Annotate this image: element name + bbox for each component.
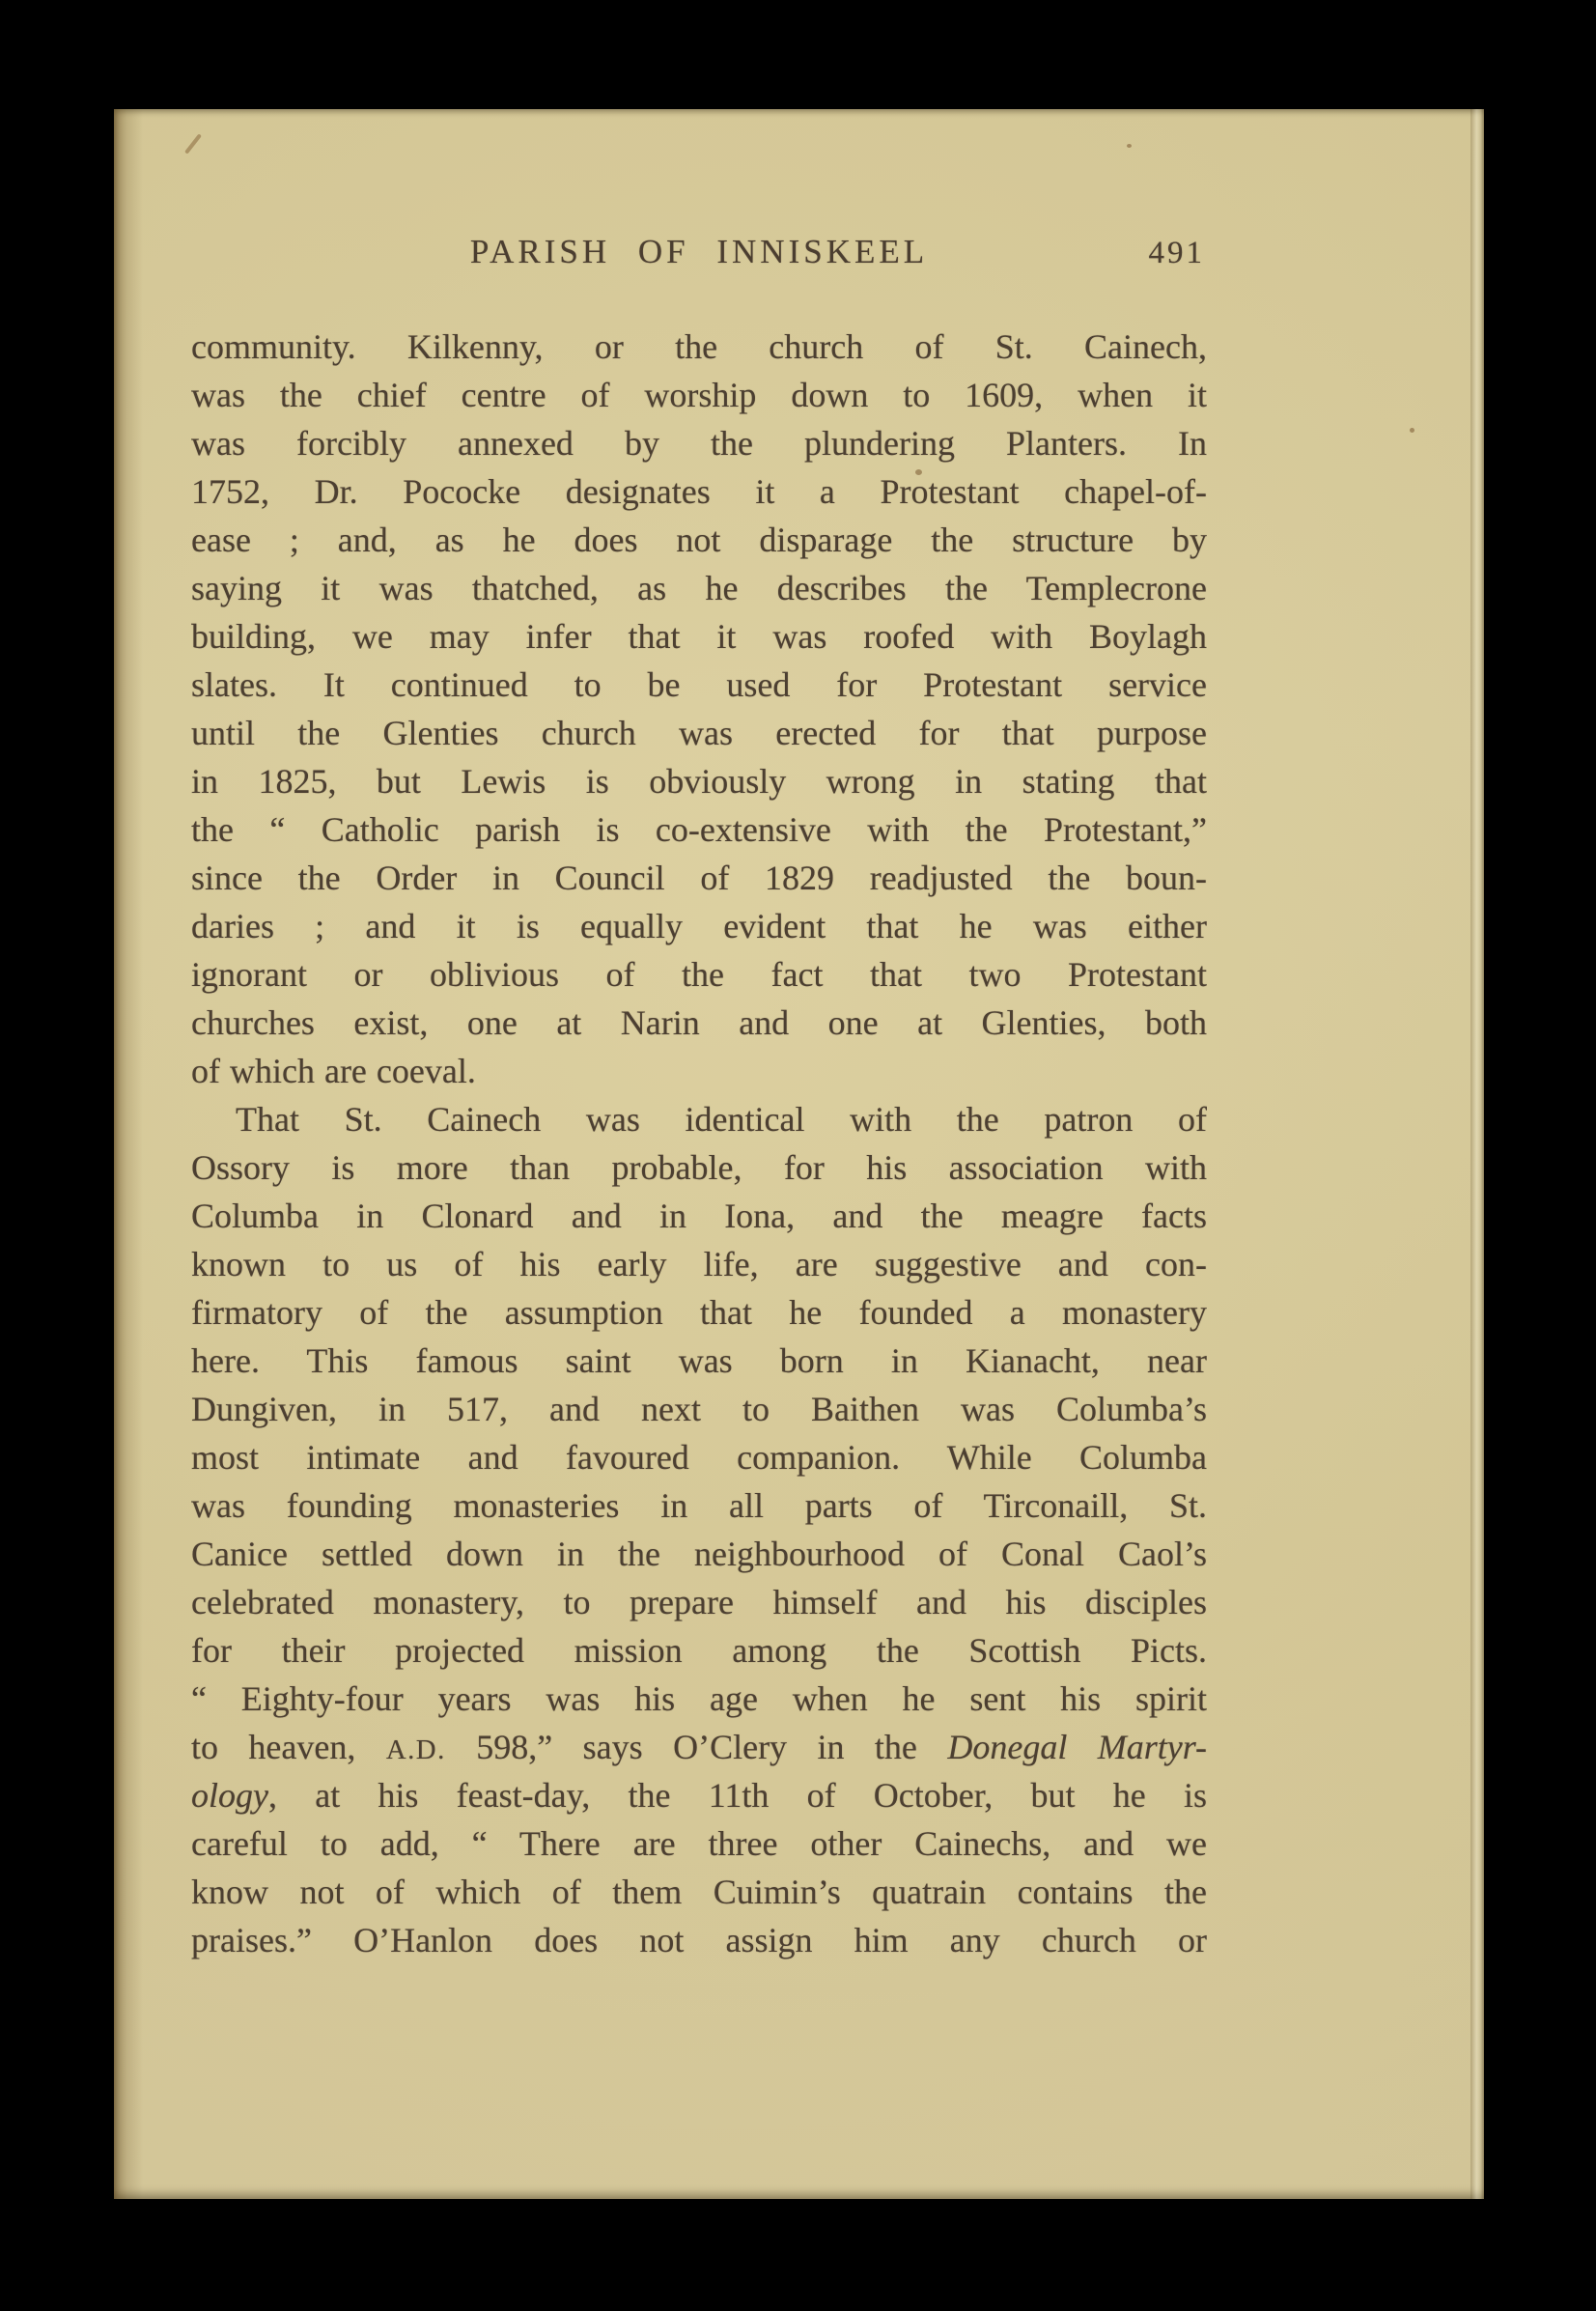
- scan-background: { "page": { "header": { "title": "PARISH…: [0, 0, 1596, 2311]
- text-line: That St. Cainech was identical with the …: [191, 1095, 1207, 1143]
- running-head: PARISH OF INNISKEEL 491: [191, 233, 1207, 283]
- text-line: was the chief centre of worship down to …: [191, 371, 1207, 419]
- text-line: Ossory is more than probable, for his as…: [191, 1143, 1207, 1192]
- text-line: in 1825, but Lewis is obviously wrong in…: [191, 757, 1207, 805]
- text-line: careful to add, “ There are three other …: [191, 1819, 1207, 1868]
- text-line: celebrated monastery, to prepare himself…: [191, 1578, 1207, 1626]
- text-line: community. Kilkenny, or the church of St…: [191, 323, 1207, 371]
- paper-speck: [1410, 428, 1414, 433]
- text-line: most intimate and favoured companion. Wh…: [191, 1433, 1207, 1481]
- text-line: building, we may infer that it was roofe…: [191, 612, 1207, 661]
- text-line: firmatory of the assumption that he foun…: [191, 1288, 1207, 1337]
- text-line: for their projected mission among the Sc…: [191, 1626, 1207, 1675]
- text-line: until the Glenties church was erected fo…: [191, 709, 1207, 757]
- text-line: was founding monasteries in all parts of…: [191, 1481, 1207, 1530]
- text-line: ease ; and, as he does not disparage the…: [191, 516, 1207, 564]
- text-line: the “ Catholic parish is co-extensive wi…: [191, 805, 1207, 854]
- paper-scratch: [184, 133, 202, 154]
- text-line: was forcibly annexed by the plundering P…: [191, 419, 1207, 467]
- text-line: ignorant or oblivious of the fact that t…: [191, 950, 1207, 999]
- text-line: ology, at his feast-day, the 11th of Oct…: [191, 1771, 1207, 1819]
- text-line: here. This famous saint was born in Kian…: [191, 1337, 1207, 1385]
- text-line: slates. It continued to be used for Prot…: [191, 661, 1207, 709]
- text-line: saying it was thatched, as he describes …: [191, 564, 1207, 612]
- text-line: daries ; and it is equally evident that …: [191, 902, 1207, 950]
- text-line: Dungiven, in 517, and next to Baithen wa…: [191, 1385, 1207, 1433]
- text-line: “ Eighty-four years was his age when he …: [191, 1675, 1207, 1723]
- text-line: churches exist, one at Narin and one at …: [191, 999, 1207, 1047]
- page-body-text: community. Kilkenny, or the church of St…: [191, 323, 1207, 1964]
- paragraph: That St. Cainech was identical with the …: [191, 1095, 1207, 1964]
- text-line: Canice settled down in the neighbourhood…: [191, 1530, 1207, 1578]
- text-line: 1752, Dr. Pococke designates it a Protes…: [191, 467, 1207, 516]
- text-line: Columba in Clonard and in Iona, and the …: [191, 1192, 1207, 1240]
- page-number: 491: [1149, 236, 1206, 271]
- text-line: praises.” O’Hanlon does not assign him a…: [191, 1916, 1207, 1964]
- book-page: PARISH OF INNISKEEL 491 community. Kilke…: [114, 109, 1484, 2199]
- text-line: since the Order in Council of 1829 readj…: [191, 854, 1207, 902]
- paragraph: community. Kilkenny, or the church of St…: [191, 323, 1207, 1095]
- text-line: of which are coeval.: [191, 1047, 1207, 1095]
- page-title: PARISH OF INNISKEEL: [191, 233, 1207, 271]
- text-line: know not of which of them Cuimin’s quatr…: [191, 1868, 1207, 1916]
- text-line: to heaven, A.D. 598,” says O’Clery in th…: [191, 1723, 1207, 1771]
- text-line: known to us of his early life, are sugge…: [191, 1240, 1207, 1288]
- paper-speck: [1127, 144, 1132, 148]
